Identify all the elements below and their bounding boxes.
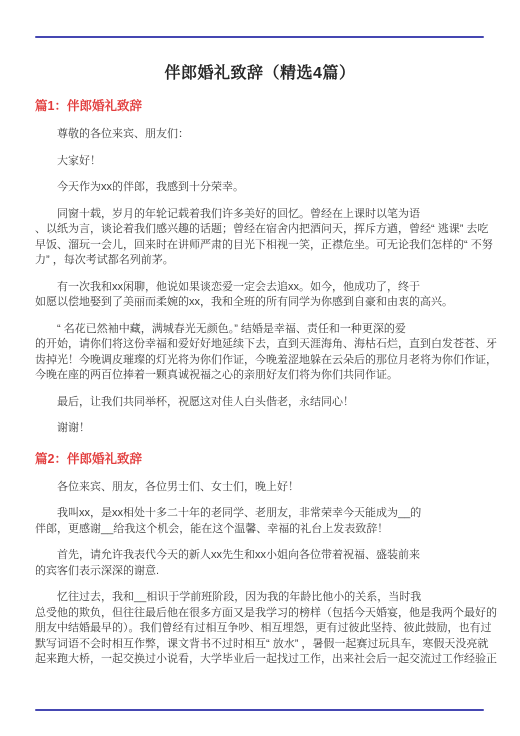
text-line: 今天作为xx的伴郎，我感到十分荣幸。	[35, 180, 485, 196]
text-line: 朋友中结婚最早的）。我们曾经有过相互争吵、相互埋怨，更有过彼此坚持、彼此鼓励，也…	[35, 621, 485, 637]
paragraph: 忆往过去，我和__相识于学前班阶段，因为我的年龄比他小的关系，当时我总受他的欺负…	[35, 590, 485, 668]
text-line: 的宾客们表示深深的谢意.	[35, 564, 485, 580]
text-line: 早饭、溜玩一会儿，回来时在讲师严肃的目光下相视一笑，正襟危坐。可无论我们怎样的“…	[35, 238, 485, 254]
text-line: 谢谢！	[35, 421, 485, 437]
text-line: 总受他的欺负，但往往最后他在很多方面又是我学习的榜样（包括今天婚宴，他是我两个最…	[35, 606, 485, 622]
paragraph: 有一次我和xx闲聊，他说如果谈恋爱一定会去追xx。如今，他成功了，终于如愿以偿地…	[35, 280, 485, 311]
paragraph: “ 名花已然袖中藏，满城春光无颜色。” 结婚是幸福、责任和一种更深的爱的开始，请…	[35, 322, 485, 384]
text-line: 同窗十载，岁月的年轮记载着我们许多美好的回忆。曾经在上课时以笔为语	[35, 207, 485, 223]
paragraph: 我叫xx，是xx相处十多二十年的老同学、老朋友，非常荣幸今天能成为__的伴郎，更…	[35, 506, 485, 537]
text-line: 如愿以偿地娶到了美丽而柔婉的xx，我和全班的所有同学为你感到自豪和由衷的高兴。	[35, 295, 485, 311]
text-line: 我叫xx，是xx相处十多二十年的老同学、老朋友，非常荣幸今天能成为__的	[35, 506, 485, 522]
text-line: 忆往过去，我和__相识于学前班阶段，因为我的年龄比他小的关系，当时我	[35, 590, 485, 606]
top-divider-line	[35, 36, 484, 38]
text-line: 伴郎，更感谢__给我这个机会，能在这个温馨、幸福的礼台上发表致辞！	[35, 522, 485, 538]
section-heading: 篇2：伴郎婚礼致辞	[35, 451, 485, 468]
section-heading: 篇1：伴郎婚礼致辞	[35, 98, 485, 115]
paragraph: 最后，让我们共同举杯，祝愿这对佳人白头偕老，永结同心！	[35, 395, 485, 411]
text-line: 起来跑大桥，一起交换过小说看，大学毕业后一起找过工作，出来社会后一起交流过工作经…	[35, 652, 485, 668]
text-line: 、以纸为言，谈论着我们感兴趣的话题；曾经在宿舍内把酒问天，挥斥方遒，曾经“ 逃课…	[35, 222, 485, 238]
paragraph: 今天作为xx的伴郎，我感到十分荣幸。	[35, 180, 485, 196]
paragraph: 尊敬的各位来宾、朋友们：	[35, 127, 485, 143]
paragraph: 谢谢！	[35, 421, 485, 437]
bottom-divider-line	[35, 709, 484, 711]
text-line: 有一次我和xx闲聊，他说如果谈恋爱一定会去追xx。如今，他成功了，终于	[35, 280, 485, 296]
text-line: 各位来宾、朋友，各位男士们、女士们，晚上好！	[35, 480, 485, 496]
text-line: “ 名花已然袖中藏，满城春光无颜色。” 结婚是幸福、责任和一种更深的爱	[35, 322, 485, 338]
text-line: 默写词语不会时相互作弊，课文背书不过时相互“ 放水” ，暑假一起赛过玩具车，寒假…	[35, 637, 485, 653]
document-page: 伴郎婚礼致辞（精选4篇） 篇1：伴郎婚礼致辞尊敬的各位来宾、朋友们：大家好！今天…	[0, 0, 520, 736]
text-line: 今晚在座的两百位捧着一颗真诚祝福之心的亲朋好友们将为你们共同作证。	[35, 368, 485, 384]
text-line: 首先，请允许我表代今天的新人xx先生和xx小姐向各位带着祝福、盛装前来	[35, 548, 485, 564]
document-body: 篇1：伴郎婚礼致辞尊敬的各位来宾、朋友们：大家好！今天作为xx的伴郎，我感到十分…	[0, 98, 520, 668]
paragraph: 同窗十载，岁月的年轮记载着我们许多美好的回忆。曾经在上课时以笔为语、以纸为言，谈…	[35, 207, 485, 269]
text-line: 大家好！	[35, 154, 485, 170]
document-title: 伴郎婚礼致辞（精选4篇）	[35, 63, 485, 84]
text-line: 力” ，每次考试都名列前茅。	[35, 253, 485, 269]
paragraph: 首先，请允许我表代今天的新人xx先生和xx小姐向各位带着祝福、盛装前来的宾客们表…	[35, 548, 485, 579]
text-line: 尊敬的各位来宾、朋友们：	[35, 127, 485, 143]
paragraph: 各位来宾、朋友，各位男士们、女士们，晚上好！	[35, 480, 485, 496]
text-line: 的开始，请你们将这份幸福和爱好好地延续下去，直到天涯海角、海枯石烂，直到白发苍苍…	[35, 337, 485, 353]
text-line: 最后，让我们共同举杯，祝愿这对佳人白头偕老，永结同心！	[35, 395, 485, 411]
text-line: 齿掉光！今晚调皮璀璨的灯光将为你们作证，今晚羞涩地躲在云朵后的那位月老将为你们作…	[35, 353, 485, 369]
paragraph: 大家好！	[35, 154, 485, 170]
